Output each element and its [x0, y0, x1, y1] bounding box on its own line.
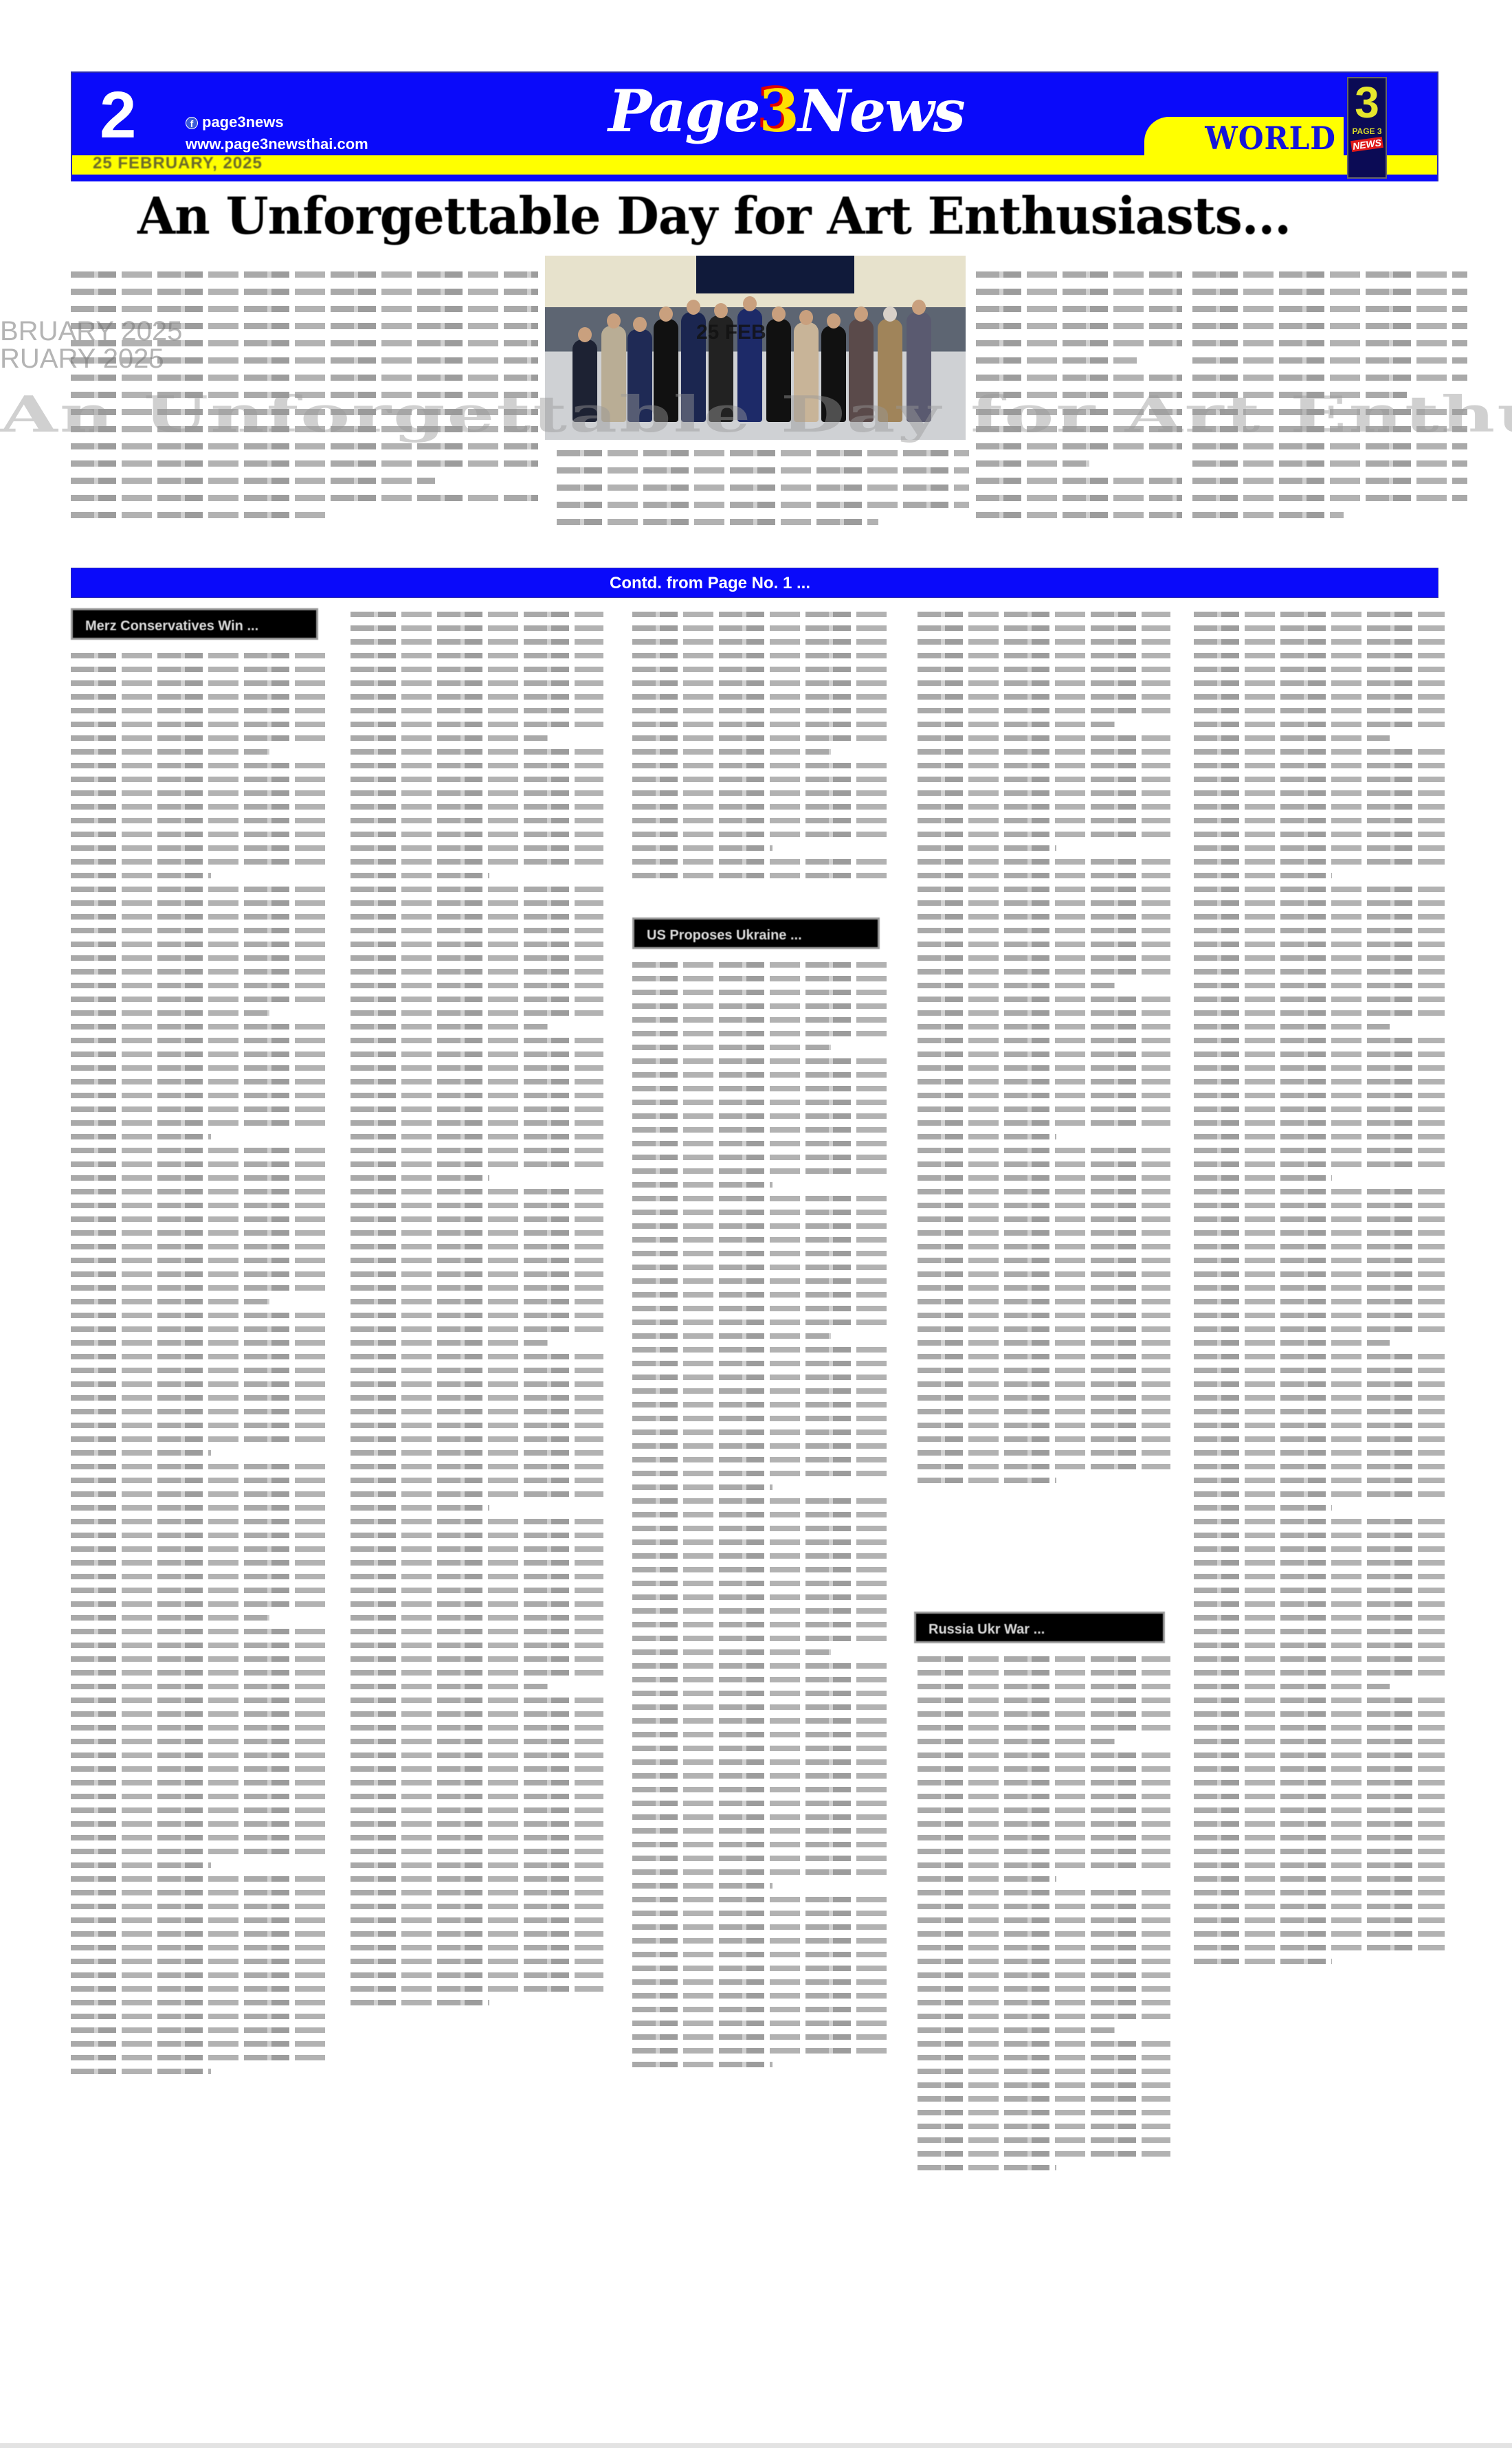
social-info: fpage3news www.page3newsthai.com — [186, 111, 368, 155]
col1-section-header: Merz Conservatives Win ... — [71, 608, 318, 640]
column-1: Merz Conservatives Win ... — [71, 605, 326, 2337]
col4-body-top — [918, 612, 1170, 1491]
col4-section-header: Russia Ukr War ... — [914, 1612, 1165, 1643]
col2-body — [351, 612, 603, 2014]
photo-overlay-text: 25 FEB — [696, 321, 766, 344]
ghost-headline: An Unforgettable Day for Art Enthusiasts… — [0, 385, 1512, 443]
continued-label: Contd. from Page No. 1 ... — [27, 574, 1393, 593]
section-label: WORLD — [1205, 120, 1336, 157]
page-number: 2 — [100, 82, 136, 148]
facebook-icon: f — [186, 117, 198, 129]
ghost-date-2: RUARY 2025 — [0, 344, 164, 375]
ghost-date-1: BRUARY 2025 — [0, 316, 182, 347]
column-3: US Proposes Ukraine ... — [632, 605, 887, 2337]
masthead: 2 fpage3news www.page3newsthai.com 25 FE… — [71, 71, 1438, 181]
page3-badge-icon: 3 PAGE 3 NEWS — [1347, 77, 1387, 179]
lead-headline: An Unforgettable Day for Art Enthusiasts… — [137, 187, 1291, 246]
continued-banner: Contd. from Page No. 1 ... — [71, 568, 1438, 598]
page-bottom-edge — [0, 2443, 1512, 2448]
logo-suffix: News — [798, 77, 964, 145]
newspaper-logo: Page3News — [608, 82, 964, 140]
col3-section-header: US Proposes Ukraine ... — [632, 917, 880, 949]
col3-body-top — [632, 612, 887, 887]
website-link[interactable]: www.page3newsthai.com — [186, 133, 368, 155]
col3-body — [632, 962, 887, 2076]
badge-line1: PAGE 3 — [1348, 126, 1386, 136]
column-4: Russia Ukr War ... — [918, 605, 1170, 2337]
logo-number: 3 — [759, 77, 798, 145]
col4-body — [918, 1656, 1170, 2179]
lead-body-under-photo — [557, 450, 969, 536]
photo-doorway — [696, 256, 854, 293]
logo-prefix: Page — [608, 77, 759, 145]
badge-line2: NEWS — [1350, 137, 1383, 152]
facebook-handle[interactable]: page3news — [202, 113, 284, 131]
column-5 — [1194, 605, 1445, 2337]
column-2 — [351, 605, 603, 2337]
masthead-bottom-rule — [72, 175, 1437, 181]
badge-number: 3 — [1348, 78, 1386, 126]
col1-body — [71, 653, 325, 2082]
col5-body — [1194, 612, 1445, 1972]
issue-date: 25 FEBRUARY, 2025 — [93, 154, 263, 173]
